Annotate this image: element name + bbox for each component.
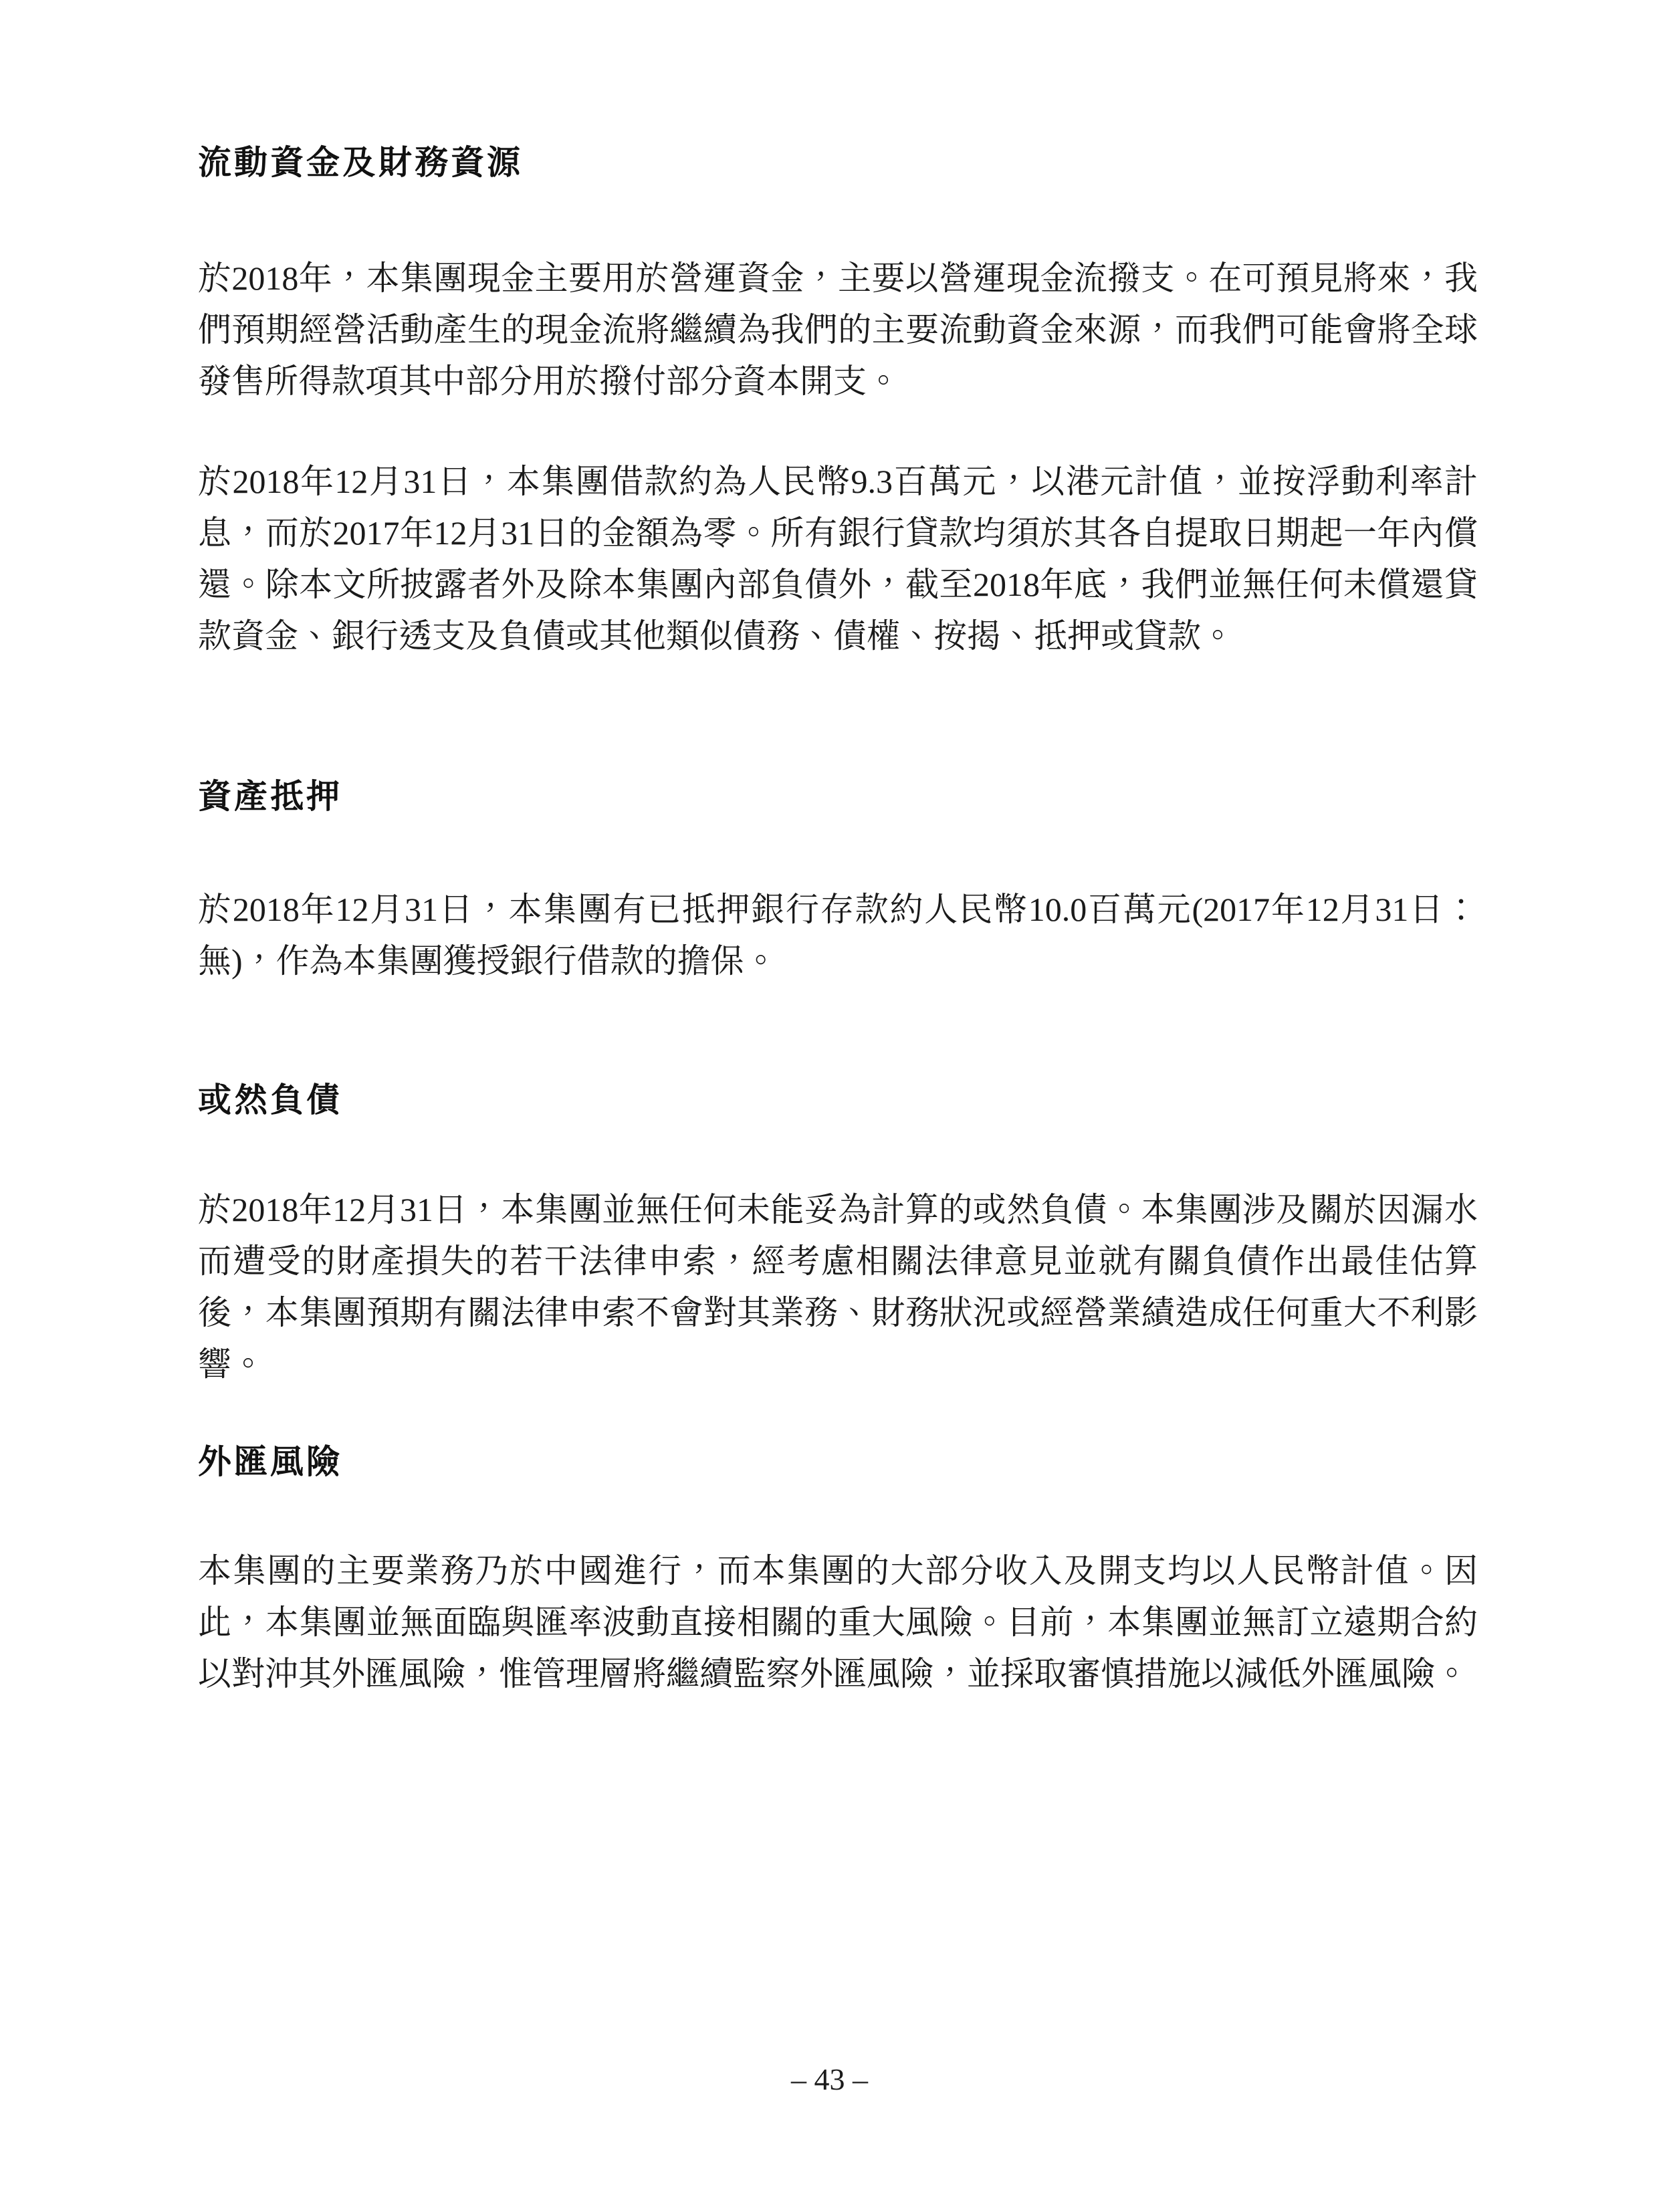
section-heading-contingent-liabilities: 或然負債: [198, 1075, 1478, 1126]
section-heading-pledge-of-assets: 資產抵押: [198, 771, 1478, 822]
section-heading-liquidity-and-financial-resources: 流動資金及財務資源: [198, 137, 1478, 189]
page-content: 流動資金及財務資源 於2018年，本集團現金主要用於營運資金，主要以營運現金流撥…: [198, 137, 1478, 1700]
paragraph-cash-usage: 於2018年，本集團現金主要用於營運資金，主要以營運現金流撥支。在可預見將來，我…: [198, 253, 1478, 407]
paragraph-contingent-liabilities: 於2018年12月31日，本集團並無任何未能妥為計算的或然負債。本集團涉及關於因…: [198, 1184, 1478, 1390]
paragraph-foreign-exchange-risk: 本集團的主要業務乃於中國進行，而本集團的大部分收入及開支均以人民幣計值。因此，本…: [198, 1545, 1478, 1700]
section-heading-foreign-exchange-risk: 外匯風險: [198, 1436, 1478, 1488]
paragraph-borrowings: 於2018年12月31日，本集團借款約為人民幣9.3百萬元，以港元計值，並按浮動…: [198, 456, 1478, 662]
document-page: 流動資金及財務資源 於2018年，本集團現金主要用於營運資金，主要以營運現金流撥…: [0, 0, 1659, 2212]
page-number: – 43 –: [0, 2060, 1659, 2100]
paragraph-pledged-deposits: 於2018年12月31日，本集團有已抵押銀行存款約人民幣10.0百萬元(2017…: [198, 884, 1478, 987]
